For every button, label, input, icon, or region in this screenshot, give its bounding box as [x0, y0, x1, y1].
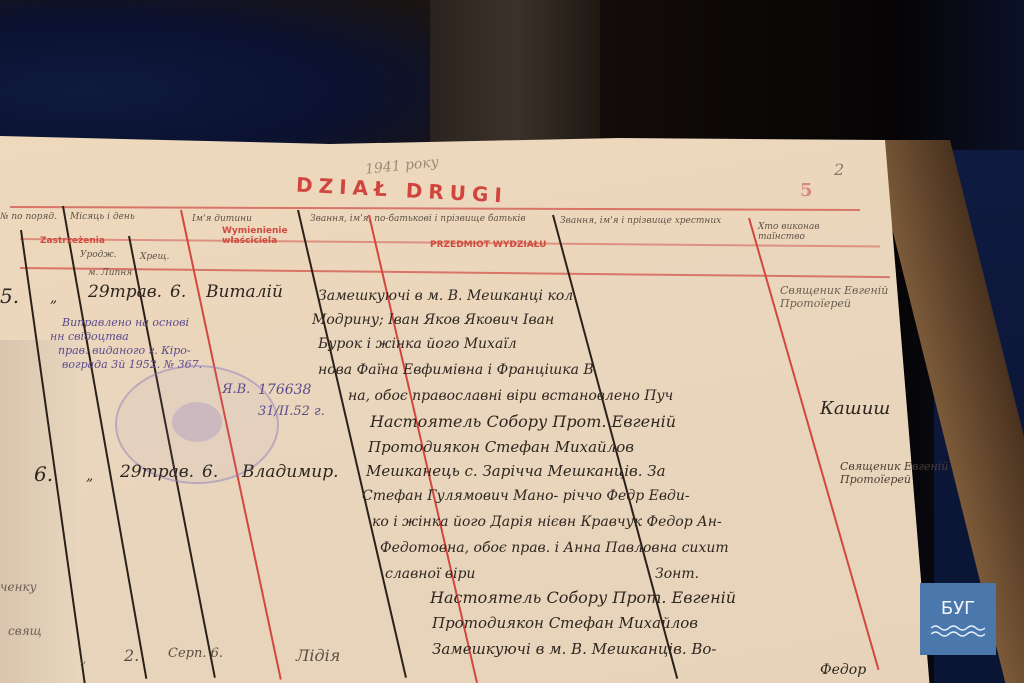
header-name-red: Wymienienie właściciela: [222, 226, 312, 246]
entry-parents-line: на, обоє православні віри встановлено Пу…: [348, 388, 673, 404]
page-number-pencil: 2: [834, 160, 844, 179]
entry-birth-date: 29трав.: [120, 462, 194, 482]
stamp-date: 31/ІІ.52 г.: [258, 404, 325, 419]
entry-parents-line: Мешканець с. Зарічча Мешканців. За: [366, 462, 666, 480]
entry-mark: „: [50, 290, 57, 306]
header-date: Місяць і день: [70, 212, 135, 222]
background-cloth: [0, 0, 430, 150]
header-name: Ім'я дитини: [192, 214, 252, 224]
entry-parents-line: Замешкуючі в м. В. Мешканці кол.: [318, 288, 578, 304]
entry-parents-line: Замешкуючі в м. В. Мешканців. Во-: [432, 640, 716, 658]
correction-note: нн свідоцтва: [50, 330, 129, 343]
entry-parents-line: Настоятель Собору Прот. Евгеній: [370, 412, 676, 431]
header-godparents: Звання, ім'я і прізвище хрестних: [560, 216, 740, 226]
header-baptism: Хрещ.: [140, 252, 169, 262]
entry-child-name: Владимир.: [242, 462, 339, 482]
entry-baptism-date: 6.: [202, 462, 218, 482]
entry-parents-line: Бурок і жінка його Михаїл: [318, 336, 517, 352]
header-parents-red: PRZEDMIOT WYDZIAŁU: [430, 240, 546, 250]
background-wall: [430, 0, 600, 150]
entry-signature: Кашиш: [820, 398, 890, 419]
header-birth: Уродж.: [80, 250, 116, 260]
entry-godparents: Священик Евгеній Протоїерей: [840, 460, 960, 486]
watermark-label: БУГ: [941, 600, 975, 618]
entry-birth-date: 29трав.: [88, 282, 162, 302]
entry-parents-line: Федотовна, обоє прав. і Анна Павловна си…: [380, 540, 729, 556]
header-priest: Хто виконав таїнство: [758, 222, 868, 242]
entry-birth-date: 2.: [124, 646, 139, 665]
entry-parents-line: Стефан Гулямович Мано- річчо Федр Евди-: [362, 488, 690, 504]
correction-note: Виправлено на основі: [62, 316, 189, 329]
left-page-fragment: свящ: [8, 624, 42, 638]
stamp-number: 176638: [258, 382, 311, 398]
entry-parents-line: Протодиякон Стефан Михайлов: [432, 614, 698, 632]
left-page-fragment: ченку: [0, 580, 37, 594]
entry-parents-line: Федор: [820, 662, 866, 678]
entry-parents-line: нова Фаїна Евфимівна і Францішка В: [318, 362, 594, 378]
waves-icon: [931, 624, 985, 638]
stamp-emblem: [172, 402, 222, 442]
entry-parents-line: славної віри: [385, 566, 475, 582]
entry-number: 6.: [34, 462, 53, 486]
page-number: 5: [800, 180, 813, 201]
correction-note: прав. виданого г. Кіро-: [58, 344, 191, 357]
entry-number: 5.: [0, 284, 19, 308]
header-number: № по поряд.: [0, 212, 60, 222]
entry-mark: „: [86, 468, 93, 484]
entry-note: Зонт.: [655, 566, 699, 582]
entry-parents-line: Модрину; Іван Яков Якович Іван: [312, 312, 554, 328]
header-date-red: Zastrzeżenia: [40, 236, 105, 246]
entry-child-name: Виталій: [206, 282, 283, 302]
entry-godparents: Священик Евгеній Протоїерей: [780, 284, 920, 310]
stamp-reference: Я.В.: [222, 382, 250, 397]
entry-mark: „: [80, 652, 86, 666]
header-parents: Звання, ім'я, по-батькові і прізвище бат…: [310, 214, 550, 224]
entry-baptism-date: Серп. 6.: [168, 646, 223, 661]
entry-parents-line: Настоятель Собору Прот. Евгеній: [430, 588, 736, 607]
entry-child-name: Лідія: [296, 646, 340, 665]
header-birth-month: м. Липня: [88, 268, 132, 278]
watermark-logo: БУГ: [920, 583, 996, 655]
entry-baptism-date: 6.: [170, 282, 186, 302]
entry-parents-line: Протодиякон Стефан Михайлов: [368, 438, 634, 456]
entry-parents-line: ко і жінка його Дарія нієвн Кравчук Федо…: [372, 514, 722, 530]
